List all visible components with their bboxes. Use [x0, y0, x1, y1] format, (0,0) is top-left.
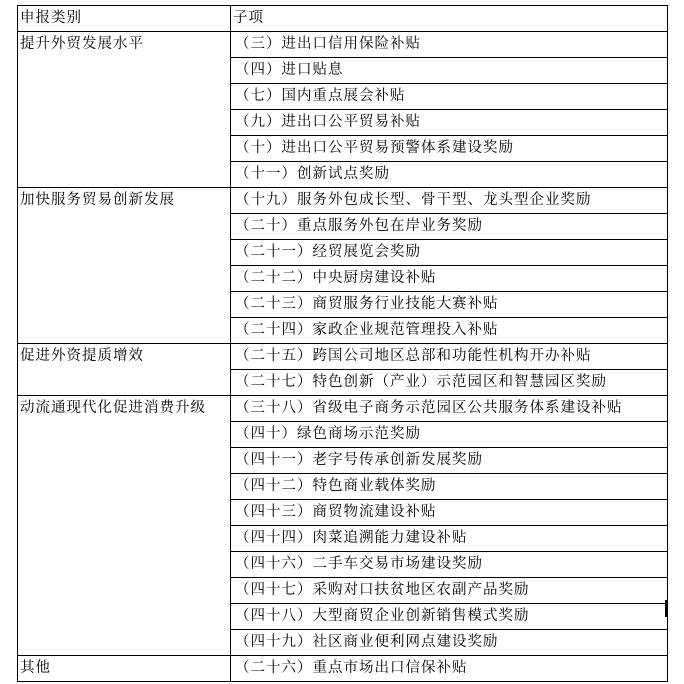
- subitem-cell: （四十二）特色商业载体奖励: [231, 474, 668, 500]
- subitem-cell: （四十）绿色商场示范奖励: [231, 422, 668, 448]
- category-cell: 动流通现代化促进消费升级: [18, 396, 231, 656]
- category-cell: 促进外资提质增效: [18, 344, 231, 396]
- table-row: 提升外贸发展水平 （三）进出口信用保险补贴: [18, 32, 668, 58]
- header-row: 申报类别 子项: [18, 6, 668, 32]
- subitem-cell: （四十四）肉菜追溯能力建设补贴: [231, 526, 668, 552]
- subitem-cell: （十九）服务外包成长型、骨干型、龙头型企业奖励: [231, 188, 668, 214]
- subitem-cell: （九）进出口公平贸易补贴: [231, 110, 668, 136]
- category-cell: 提升外贸发展水平: [18, 32, 231, 188]
- table-row: 加快服务贸易创新发展 （十九）服务外包成长型、骨干型、龙头型企业奖励: [18, 188, 668, 214]
- subitem-cell: （二十三）商贸服务行业技能大赛补贴: [231, 292, 668, 318]
- table-row: 其他 （二十六）重点市场出口信保补贴: [18, 656, 668, 682]
- subitem-cell: （四十八）大型商贸企业创新销售模式奖励: [231, 604, 668, 630]
- subitem-cell: （二十一）经贸展览会奖励: [231, 240, 668, 266]
- subitem-cell: （十一）创新试点奖励: [231, 162, 668, 188]
- subitem-cell: （四十三）商贸物流建设补贴: [231, 500, 668, 526]
- subitem-cell: （二十六）重点市场出口信保补贴: [231, 656, 668, 682]
- header-subitem: 子项: [231, 6, 668, 32]
- subitem-cell: （二十二）中央厨房建设补贴: [231, 266, 668, 292]
- subitem-cell: （四十一）老字号传承创新发展奖励: [231, 448, 668, 474]
- subitem-cell: （四）进口贴息: [231, 58, 668, 84]
- table-row: 促进外资提质增效 （二十五）跨国公司地区总部和功能性机构开办补贴: [18, 344, 668, 370]
- subitem-cell: （二十七）特色创新（产业）示范园区和智慧园区奖励: [231, 370, 668, 396]
- category-cell: 加快服务贸易创新发展: [18, 188, 231, 344]
- subitem-cell: （二十四）家政企业规范管理投入补贴: [231, 318, 668, 344]
- cursor-mark: [665, 600, 668, 617]
- table-row: 动流通现代化促进消费升级 （三十八）省级电子商务示范园区公共服务体系建设补贴: [18, 396, 668, 422]
- subsidy-category-table: 申报类别 子项 提升外贸发展水平 （三）进出口信用保险补贴 （四）进口贴息 （七…: [17, 5, 668, 682]
- subitem-cell: （四十六）二手车交易市场建设奖励: [231, 552, 668, 578]
- header-category: 申报类别: [18, 6, 231, 32]
- subitem-cell: （七）国内重点展会补贴: [231, 84, 668, 110]
- category-cell: 其他: [18, 656, 231, 682]
- subitem-cell: （三）进出口信用保险补贴: [231, 32, 668, 58]
- subitem-cell: （四十七）采购对口扶贫地区农副产品奖励: [231, 578, 668, 604]
- subitem-cell: （二十五）跨国公司地区总部和功能性机构开办补贴: [231, 344, 668, 370]
- subitem-cell: （四十九）社区商业便利网点建设奖励: [231, 630, 668, 656]
- subitem-cell: （十）进出口公平贸易预警体系建设奖励: [231, 136, 668, 162]
- subitem-cell: （三十八）省级电子商务示范园区公共服务体系建设补贴: [231, 396, 668, 422]
- subitem-cell: （二十）重点服务外包在岸业务奖励: [231, 214, 668, 240]
